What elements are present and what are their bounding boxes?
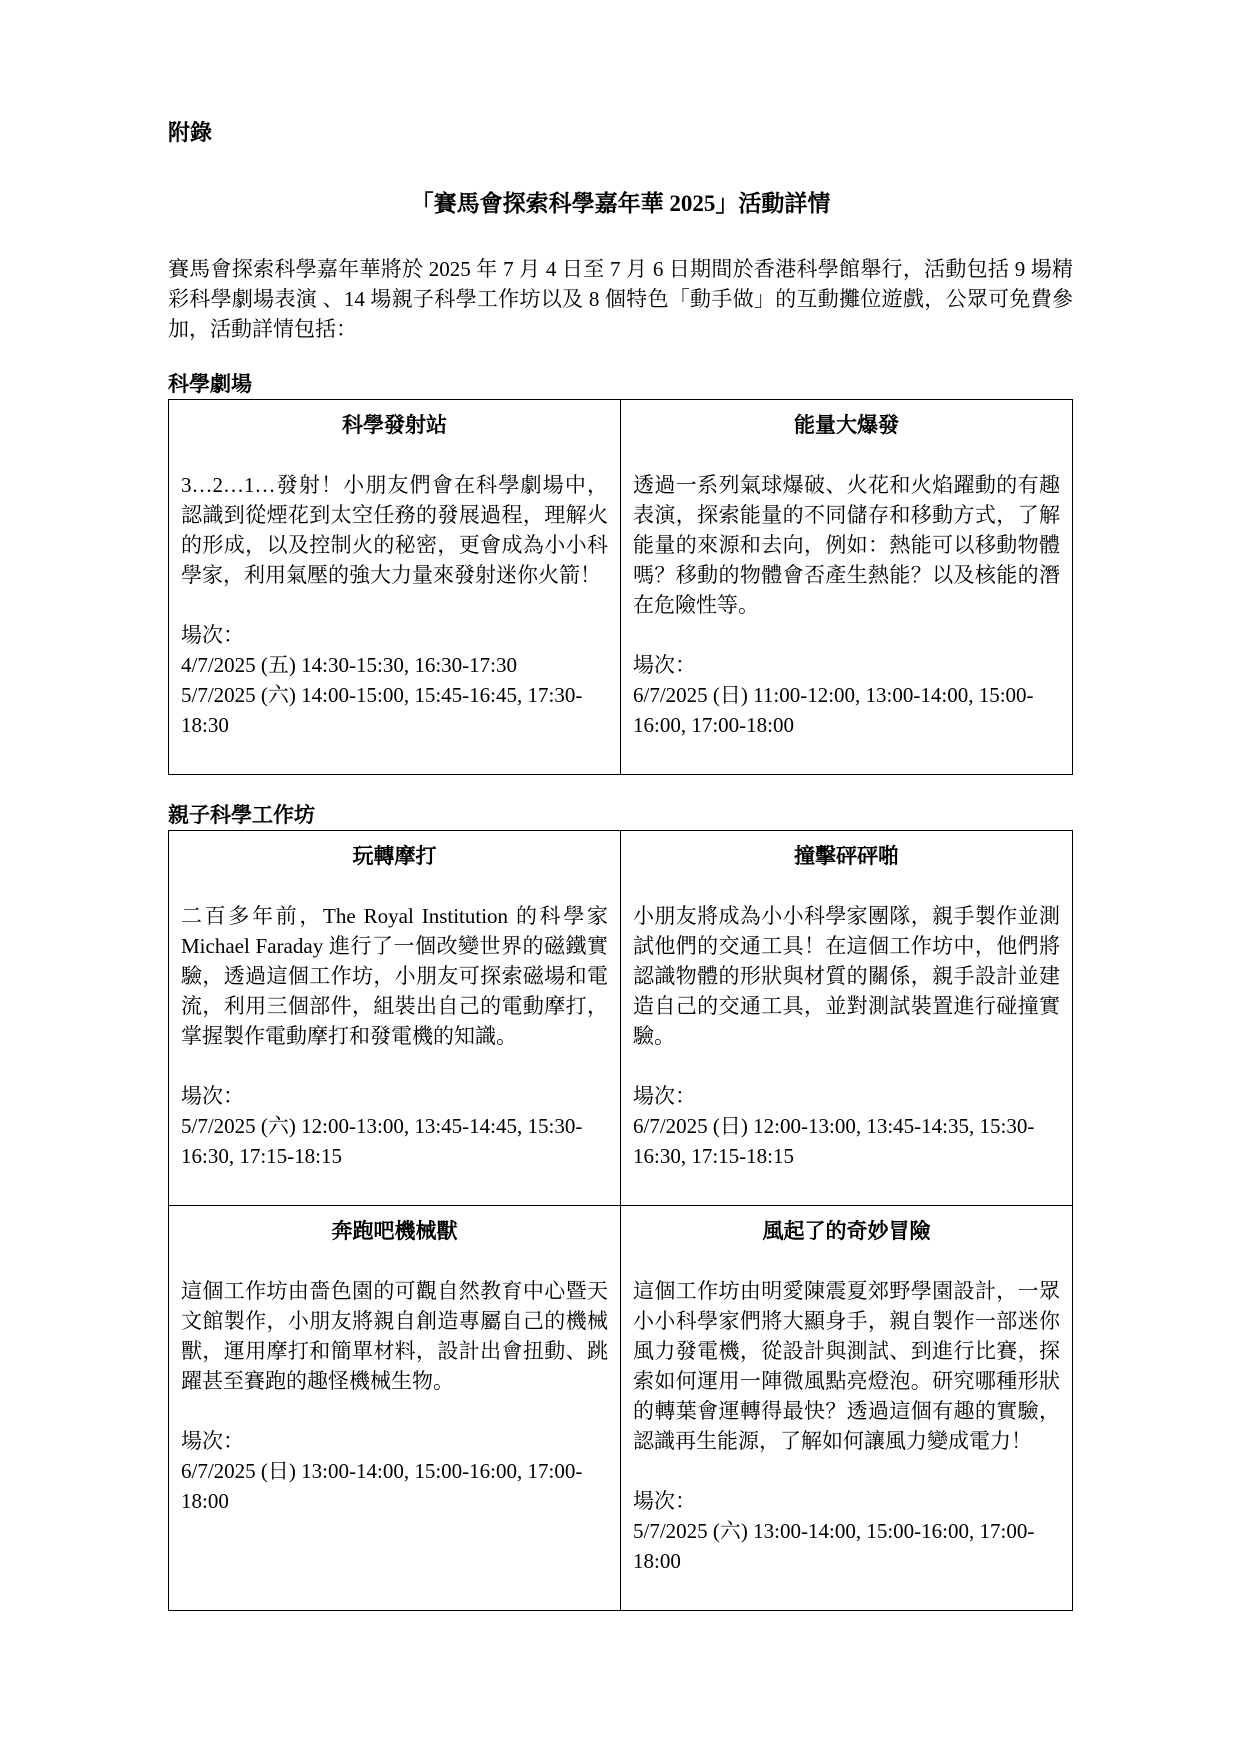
event-cell-motor-fun: 玩轉摩打 二百多年前，The Royal Institution 的科學家 Mi… [169, 831, 621, 1206]
event-sessions: 場次： 6/7/2025 (日) 12:00-13:00, 13:45-14:3… [633, 1081, 1060, 1171]
event-sessions: 場次： 5/7/2025 (六) 13:00-14:00, 15:00-16:0… [633, 1486, 1060, 1576]
table-row: 玩轉摩打 二百多年前，The Royal Institution 的科學家 Mi… [169, 831, 1073, 1206]
event-description: 3…2…1…發射！小朋友們會在科學劇場中，認識到從煙花到太空任務的發展過程，理解… [181, 470, 608, 590]
sessions-label: 場次： [181, 1426, 608, 1456]
event-description: 透過一系列氣球爆破、火花和火焰躍動的有趣表演，探索能量的不同儲存和移動方式，了解… [633, 470, 1060, 620]
event-title: 撞擊砰砰啪 [633, 841, 1060, 871]
event-title: 科學發射站 [181, 410, 608, 440]
sessions-label: 場次： [633, 650, 1060, 680]
event-title: 奔跑吧機械獸 [181, 1216, 608, 1246]
sessions-times: 4/7/2025 (五) 14:30-15:30, 16:30-17:30 5/… [181, 650, 608, 740]
event-table-family-workshop: 玩轉摩打 二百多年前，The Royal Institution 的科學家 Mi… [168, 830, 1073, 1611]
event-sessions: 場次： 6/7/2025 (日) 13:00-14:00, 15:00-16:0… [181, 1426, 608, 1516]
section-heading: 科學劇場 [168, 370, 1073, 398]
event-description: 這個工作坊由嗇色園的可觀自然教育中心暨天文館製作，小朋友將親自創造專屬自己的機械… [181, 1276, 608, 1396]
event-title: 能量大爆發 [633, 410, 1060, 440]
table-row: 科學發射站 3…2…1…發射！小朋友們會在科學劇場中，認識到從煙花到太空任務的發… [169, 400, 1073, 775]
section-family-workshop: 親子科學工作坊 玩轉摩打 二百多年前，The Royal Institution… [168, 801, 1073, 1611]
table-row: 奔跑吧機械獸 這個工作坊由嗇色園的可觀自然教育中心暨天文館製作，小朋友將親自創造… [169, 1206, 1073, 1611]
sessions-times: 5/7/2025 (六) 12:00-13:00, 13:45-14:45, 1… [181, 1111, 608, 1171]
event-cell-crash-bang: 撞擊砰砰啪 小朋友將成為小小科學家團隊，親手製作並測試他們的交通工具！在這個工作… [621, 831, 1073, 1206]
sessions-label: 場次： [633, 1081, 1060, 1111]
section-science-theatre: 科學劇場 科學發射站 3…2…1…發射！小朋友們會在科學劇場中，認識到從煙花到太… [168, 370, 1073, 775]
event-description: 這個工作坊由明愛陳震夏郊野學園設計，一眾小小科學家們將大顯身手，親自製作一部迷你… [633, 1276, 1060, 1456]
section-heading: 親子科學工作坊 [168, 801, 1073, 829]
event-sessions: 場次： 5/7/2025 (六) 12:00-13:00, 13:45-14:4… [181, 1081, 608, 1171]
event-cell-robot-beast: 奔跑吧機械獸 這個工作坊由嗇色園的可觀自然教育中心暨天文館製作，小朋友將親自創造… [169, 1206, 621, 1611]
event-cell-wind-adventure: 風起了的奇妙冒險 這個工作坊由明愛陳震夏郊野學園設計，一眾小小科學家們將大顯身手… [621, 1206, 1073, 1611]
document-page: 附錄 「賽馬會探索科學嘉年華 2025」活動詳情 賽馬會探索科學嘉年華將於 20… [0, 0, 1241, 1754]
event-title: 風起了的奇妙冒險 [633, 1216, 1060, 1246]
intro-paragraph: 賽馬會探索科學嘉年華將於 2025 年 7 月 4 日至 7 月 6 日期間於香… [168, 254, 1073, 344]
sessions-label: 場次： [181, 1081, 608, 1111]
sessions-times: 5/7/2025 (六) 13:00-14:00, 15:00-16:00, 1… [633, 1516, 1060, 1576]
event-description: 二百多年前，The Royal Institution 的科學家 Michael… [181, 901, 608, 1051]
appendix-label: 附錄 [168, 118, 1073, 148]
sessions-times: 6/7/2025 (日) 12:00-13:00, 13:45-14:35, 1… [633, 1111, 1060, 1171]
event-sessions: 場次： 4/7/2025 (五) 14:30-15:30, 16:30-17:3… [181, 620, 608, 740]
sessions-times: 6/7/2025 (日) 11:00-12:00, 13:00-14:00, 1… [633, 680, 1060, 740]
sessions-times: 6/7/2025 (日) 13:00-14:00, 15:00-16:00, 1… [181, 1456, 608, 1516]
event-table-science-theatre: 科學發射站 3…2…1…發射！小朋友們會在科學劇場中，認識到從煙花到太空任務的發… [168, 399, 1073, 775]
page-title: 「賽馬會探索科學嘉年華 2025」活動詳情 [168, 188, 1073, 220]
event-cell-science-launch: 科學發射站 3…2…1…發射！小朋友們會在科學劇場中，認識到從煙花到太空任務的發… [169, 400, 621, 775]
event-title: 玩轉摩打 [181, 841, 608, 871]
sessions-label: 場次： [181, 620, 608, 650]
event-sessions: 場次： 6/7/2025 (日) 11:00-12:00, 13:00-14:0… [633, 650, 1060, 740]
event-description: 小朋友將成為小小科學家團隊，親手製作並測試他們的交通工具！在這個工作坊中，他們將… [633, 901, 1060, 1051]
event-cell-energy-explosion: 能量大爆發 透過一系列氣球爆破、火花和火焰躍動的有趣表演，探索能量的不同儲存和移… [621, 400, 1073, 775]
sessions-label: 場次： [633, 1486, 1060, 1516]
